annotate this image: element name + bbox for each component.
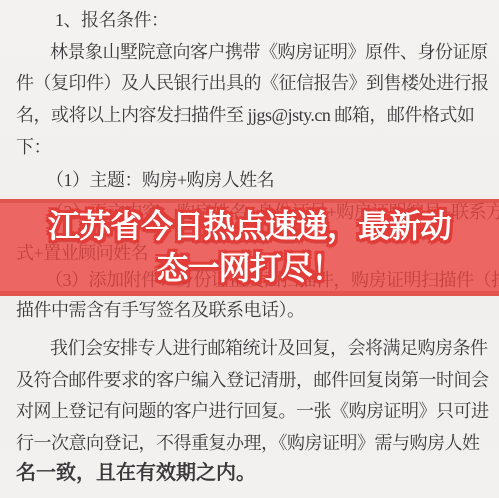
- banner-headline-line1: 江苏省今日热点速递，最新动: [0, 205, 499, 247]
- document-line: 名，或将以上内容发扫描件至 jjgs@jsty.cn 邮箱，邮件格式如: [16, 104, 474, 126]
- document-line: （1）主题：购房+购房人姓名: [46, 169, 274, 191]
- banner-headline-line2: 态一网打尽！: [0, 247, 499, 289]
- document-line: 行一次意向登记，不得重复办理，《购房证明》需与购房人姓: [16, 432, 480, 454]
- scanned-document-page: 1、报名条件： 林景象山墅院意向客户携带《购房证明》原件、身份证原 件（复印件）…: [0, 0, 499, 498]
- banner-headline: 江苏省今日热点速递，最新动 态一网打尽！: [0, 205, 499, 289]
- document-line: 名一致，且在有效期之内。: [16, 462, 256, 484]
- document-line: 下：: [16, 136, 51, 158]
- document-line: 我们会安排专人进行邮箱统计及回复，会将满足购房条件: [50, 337, 488, 359]
- document-line: 林景象山墅院意向客户携带《购房证明》原件、身份证原: [50, 41, 488, 63]
- document-line: 1、报名条件：: [55, 9, 169, 31]
- document-line: 对网上登记有问题的客户进行回复。一张《购房证明》只可进: [16, 400, 489, 422]
- document-line: 件（复印件）及人民银行出具的《征信报告》到售楼处进行报: [16, 72, 489, 94]
- document-line: 描件中需含有手写签名及联系电话）。: [16, 299, 305, 321]
- document-line: 及符合邮件要求的客户编入登记清册，邮件回复岗第一时间会: [16, 369, 489, 391]
